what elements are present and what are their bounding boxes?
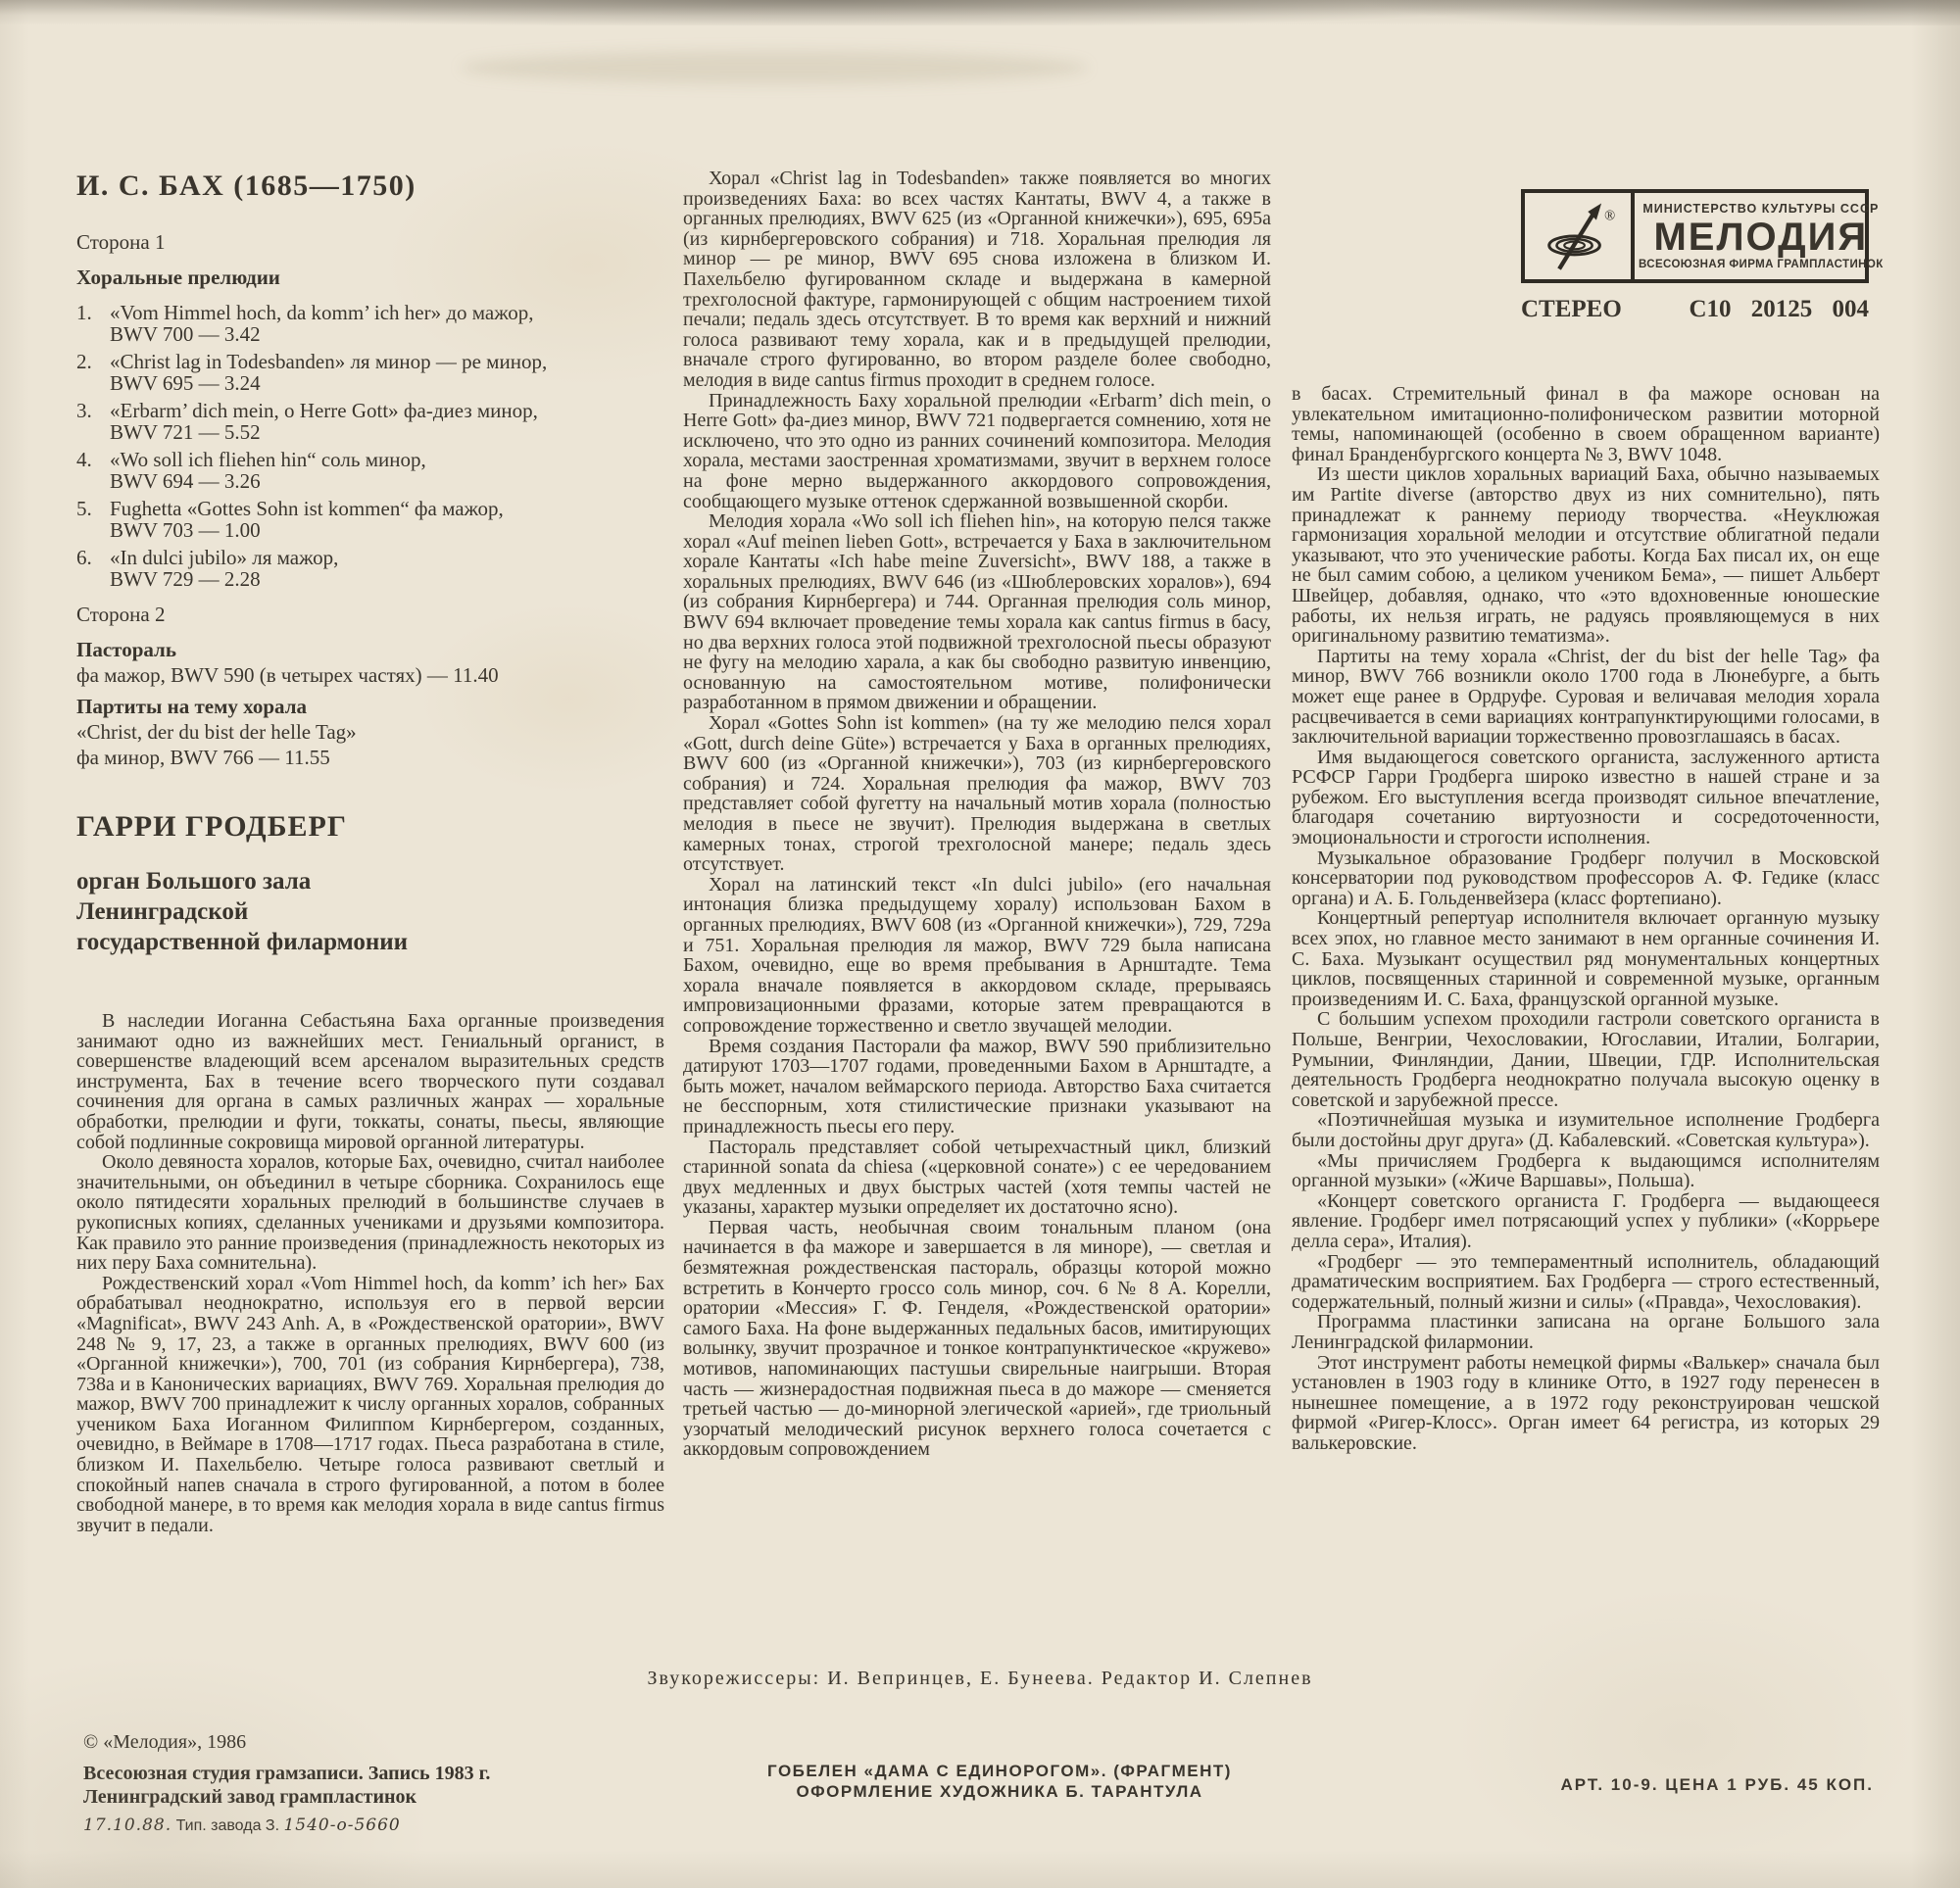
track-item: 2. «Christ lag in Todesbanden» ля минор … xyxy=(76,351,676,394)
side1-heading: Хоральные прелюдии xyxy=(76,265,676,290)
notes-paragraph: Хорал «Christ lag in Todesbanden» также … xyxy=(683,169,1271,391)
notes-paragraph: Программа пластинки записана на органе Б… xyxy=(1292,1312,1880,1352)
liner-notes-column-middle: Хорал «Christ lag in Todesbanden» также … xyxy=(683,169,1271,1460)
track-number: 6. xyxy=(76,547,110,590)
catalog-number: С10 20125 004 xyxy=(1689,296,1869,323)
track-text: «Erbarm’ dich mein, o Herre Gott» фа-дие… xyxy=(110,400,676,443)
melodiya-brand-cell: МИНИСТЕРСТВО КУЛЬТУРЫ СССР МЕЛОДИЯ ВСЕСО… xyxy=(1635,193,1887,279)
track-number: 5. xyxy=(76,498,110,541)
track-number: 2. xyxy=(76,351,110,394)
composer-title: И. С. БАХ (1685—1750) xyxy=(76,169,676,204)
work-line: «Christ, der du bist der helle Tag» xyxy=(76,719,676,745)
track-bwv-duration: BWV 695 — 3.24 xyxy=(110,372,676,394)
track-number: 1. xyxy=(76,302,110,345)
notes-paragraph: Партиты на тему хорала «Christ, der du b… xyxy=(1292,647,1880,748)
melodiya-logo-icon: ® xyxy=(1525,193,1635,279)
notes-paragraph: Из шести циклов хоральных вариаций Баха,… xyxy=(1292,464,1880,646)
studio-line: Всесоюзная студия грамзаписи. Запись 198… xyxy=(83,1762,490,1785)
sound-engineers-credit: Звукорежиссеры: И. Вепринцев, Е. Бунеева… xyxy=(0,1668,1960,1690)
notes-paragraph: «Поэтичнейшая музыка и изумительное испо… xyxy=(1292,1110,1880,1150)
track-title: «Christ lag in Todesbanden» ля минор — р… xyxy=(110,351,676,372)
track-title: «In dulci jubilo» ля мажор, xyxy=(110,547,676,568)
notes-paragraph: Рождественский хорал «Vom Himmel hoch, d… xyxy=(76,1274,664,1536)
copyright-line: © «Мелодия», 1986 xyxy=(83,1730,490,1754)
track-text: «In dulci jubilo» ля мажор, BWV 729 — 2.… xyxy=(110,547,676,590)
artwork-credit-line: ОФОРМЛЕНИЕ ХУДОЖНИКА Б. ТАРАНТУЛА xyxy=(686,1781,1313,1802)
work-heading: Партиты на тему хорала xyxy=(76,694,676,719)
track-text: «Christ lag in Todesbanden» ля минор — р… xyxy=(110,351,676,394)
side2-work: Пастораль фа мажор, BWV 590 (в четырех ч… xyxy=(76,637,676,688)
notes-paragraph: Пастораль представляет собой четырехчаст… xyxy=(683,1138,1271,1218)
notes-paragraph: Хорал на латинский текст «In dulci jubil… xyxy=(683,875,1271,1037)
track-title: «Vom Himmel hoch, da komm’ ich her» до м… xyxy=(110,302,676,323)
notes-paragraph: С большим успехом проходили гастроли сов… xyxy=(1292,1009,1880,1110)
ministry-label: МИНИСТЕРСТВО КУЛЬТУРЫ СССР xyxy=(1642,202,1879,216)
track-title: «Erbarm’ dich mein, o Herre Gott» фа-дие… xyxy=(110,400,676,421)
track-bwv-duration: BWV 694 — 3.26 xyxy=(110,470,676,492)
notes-paragraph: Принадлежность Баху хоральной прелюдии «… xyxy=(683,391,1271,512)
side2-work: Партиты на тему хорала «Christ, der du b… xyxy=(76,694,676,770)
notes-paragraph: Мелодия хорала «Wo soll ich fliehen hin»… xyxy=(683,511,1271,713)
track-number: 3. xyxy=(76,400,110,443)
brand-label: МЕЛОДИЯ xyxy=(1653,216,1868,259)
track-item: 3. «Erbarm’ dich mein, o Herre Gott» фа-… xyxy=(76,400,676,443)
notes-paragraph: Время создания Пасторали фа мажор, BWV 5… xyxy=(683,1037,1271,1138)
artist-credit-line: орган Большого зала xyxy=(76,866,676,896)
artist-credit-line: Ленинградской xyxy=(76,896,676,927)
artist-credit-line: государственной филармонии xyxy=(76,927,676,957)
scan-edge-shadow xyxy=(0,0,1960,25)
print-date: 17.10.88. xyxy=(83,1815,171,1835)
track-text: «Wo soll ich fliehen hin“ соль минор, BW… xyxy=(110,449,676,492)
print-label: Тип. завода З. xyxy=(176,1817,279,1834)
track-bwv-duration: BWV 700 — 3.42 xyxy=(110,323,676,345)
track-item: 5. Fughetta «Gottes Sohn ist kommen“ фа … xyxy=(76,498,676,541)
notes-paragraph: в басах. Стремительный финал в фа мажоре… xyxy=(1292,384,1880,464)
liner-notes-column-right: в басах. Стремительный финал в фа мажоре… xyxy=(1292,384,1880,1453)
track-title: «Wo soll ich fliehen hin“ соль минор, xyxy=(110,449,676,470)
work-line: фа мажор, BWV 590 (в четырех частях) — 1… xyxy=(76,662,676,688)
work-heading: Пастораль xyxy=(76,637,676,662)
price-label: АРТ. 10-9. ЦЕНА 1 РУБ. 45 КОП. xyxy=(1509,1775,1874,1795)
notes-paragraph: В наследии Иоганна Себастьяна Баха орган… xyxy=(76,1011,664,1152)
side2-label: Сторона 2 xyxy=(76,602,676,627)
track-text: Fughetta «Gottes Sohn ist kommen“ фа маж… xyxy=(110,498,676,541)
liner-notes-column-left: В наследии Иоганна Себастьяна Баха орган… xyxy=(76,1011,664,1535)
notes-paragraph: Хорал «Gottes Sohn ist kommen» (на ту же… xyxy=(683,713,1271,875)
artwork-credit-line: ГОБЕЛЕН «ДАМА С ЕДИНОРОГОМ». (ФРАГМЕНТ) xyxy=(686,1761,1313,1781)
notes-paragraph: Музыкальное образование Гродберг получил… xyxy=(1292,848,1880,909)
print-code: 1540-о-5660 xyxy=(283,1815,400,1835)
stereo-catalog-row: СТЕРЕО С10 20125 004 xyxy=(1521,296,1869,323)
track-bwv-duration: BWV 721 — 5.52 xyxy=(110,421,676,443)
svg-text:®: ® xyxy=(1604,209,1615,224)
work-line: фа минор, BWV 766 — 11.55 xyxy=(76,745,676,770)
track-number: 4. xyxy=(76,449,110,492)
track-item: 6. «In dulci jubilo» ля мажор, BWV 729 —… xyxy=(76,547,676,590)
track-text: «Vom Himmel hoch, da komm’ ich her» до м… xyxy=(110,302,676,345)
print-code-line: 17.10.88. Тип. завода З. 1540-о-5660 xyxy=(83,1815,490,1837)
stereo-label: СТЕРЕО xyxy=(1521,296,1622,323)
paper-stain xyxy=(461,51,1088,84)
notes-paragraph: «Гродберг — это темпераментный исполните… xyxy=(1292,1252,1880,1313)
plant-line: Ленинградский завод грампластинок xyxy=(83,1785,490,1809)
record-sleeve-back: ® МИНИСТЕРСТВО КУЛЬТУРЫ СССР МЕЛОДИЯ ВСЕ… xyxy=(0,0,1960,1888)
notes-paragraph: Первая часть, необычная своим тональным … xyxy=(683,1218,1271,1460)
notes-paragraph: Имя выдающегося советского органиста, за… xyxy=(1292,748,1880,848)
track-bwv-duration: BWV 729 — 2.28 xyxy=(110,568,676,590)
side1-label: Сторона 1 xyxy=(76,229,676,255)
notes-paragraph: «Мы причисляем Гродберга к выдающимся ис… xyxy=(1292,1151,1880,1191)
notes-paragraph: «Концерт советского органиста Г. Гродбер… xyxy=(1292,1191,1880,1252)
notes-paragraph: Этот инструмент работы немецкой фирмы «В… xyxy=(1292,1353,1880,1454)
track-item: 1. «Vom Himmel hoch, da komm’ ich her» д… xyxy=(76,302,676,345)
melodiya-label-box: ® МИНИСТЕРСТВО КУЛЬТУРЫ СССР МЕЛОДИЯ ВСЕ… xyxy=(1521,189,1869,283)
artist-name: ГАРРИ ГРОДБЕРГ xyxy=(76,809,676,845)
pressing-info: © «Мелодия», 1986 Всесоюзная студия грам… xyxy=(83,1730,490,1837)
notes-paragraph: Около девяноста хоралов, которые Бах, оч… xyxy=(76,1152,664,1274)
notes-paragraph: Концертный репертуар исполнителя включае… xyxy=(1292,908,1880,1009)
artwork-credit: ГОБЕЛЕН «ДАМА С ЕДИНОРОГОМ». (ФРАГМЕНТ) … xyxy=(686,1761,1313,1802)
track-bwv-duration: BWV 703 — 1.00 xyxy=(110,519,676,541)
firm-label: ВСЕСОЮЗНАЯ ФИРМА ГРАМПЛАСТИНОК xyxy=(1639,259,1884,270)
track-title: Fughetta «Gottes Sohn ist kommen“ фа маж… xyxy=(110,498,676,519)
artist-credit: орган Большого зала Ленинградской госуда… xyxy=(76,866,676,957)
track-item: 4. «Wo soll ich fliehen hin“ соль минор,… xyxy=(76,449,676,492)
track-listing: И. С. БАХ (1685—1750) Сторона 1 Хоральны… xyxy=(76,169,676,957)
